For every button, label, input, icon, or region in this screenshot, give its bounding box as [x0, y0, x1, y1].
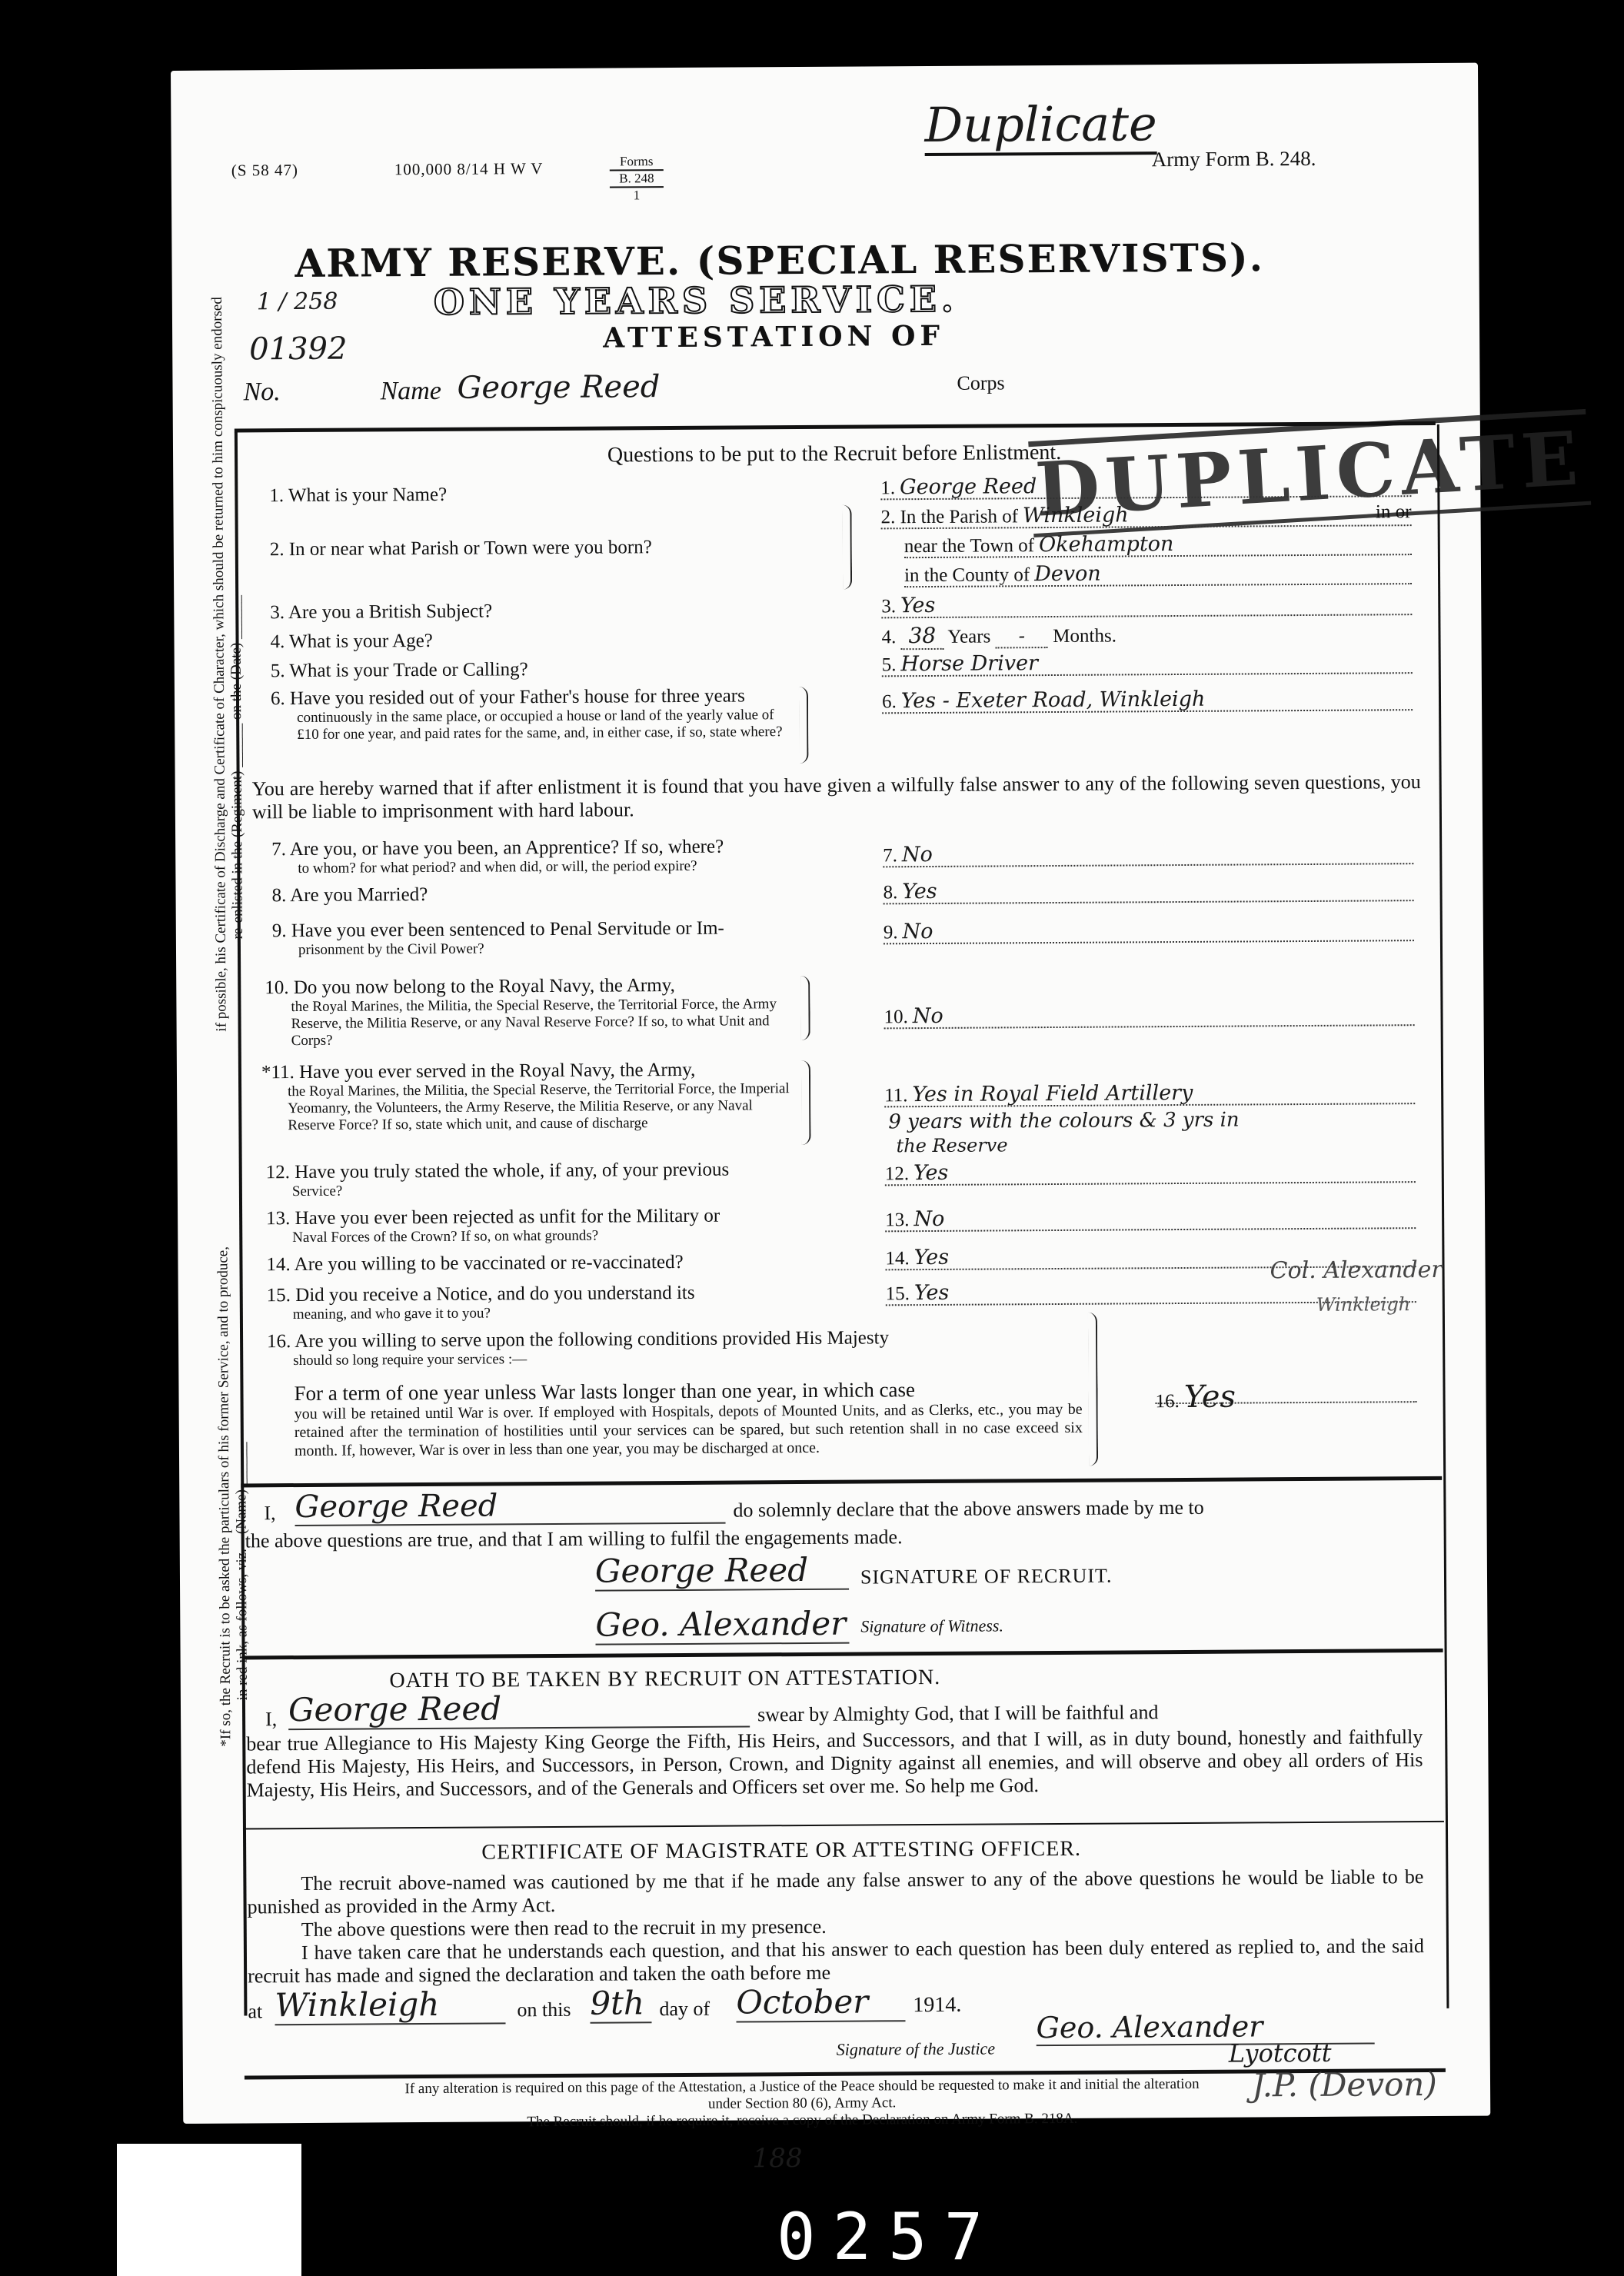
oath-i: I,	[265, 1708, 277, 1731]
margin-reference-1: 1 / 258	[257, 288, 338, 316]
answer-3: 3.Yes	[881, 591, 1412, 618]
answer-4: 4. 38 Years - Months.	[881, 622, 1116, 649]
answer-1: 1.George Reed	[880, 472, 1411, 500]
name-label: Name	[380, 377, 441, 406]
margin-note-top: if possible, his Certificate of Discharg…	[209, 297, 248, 1032]
certificate-place: Winkleigh	[275, 1985, 505, 2025]
answer-11-line2: 9 years with the colours & 3 yrs in	[888, 1109, 1239, 1134]
question-5: 5. What is your Trade or Calling?	[271, 657, 794, 682]
brace	[800, 976, 810, 1040]
jp-devon-mark: J.P. (Devon)	[1252, 2065, 1437, 2104]
oath-text-first: swear by Almighty God, that I will be fa…	[757, 1701, 1159, 1726]
declaration-text-2: the above questions are true, and that I…	[245, 1526, 903, 1552]
duplicate-handwritten: Duplicate	[924, 95, 1157, 156]
certificate-caution: The recruit above-named was cautioned by…	[247, 1865, 1423, 1918]
forms-reference: Forms B. 248 1	[610, 154, 664, 203]
brace	[799, 687, 809, 764]
forms-page: 1	[610, 188, 664, 203]
answer-15-notice-giver: Col. Alexander	[1270, 1256, 1442, 1284]
title-army-reserve: ARMY RESERVE. (SPECIAL RESERVISTS).	[295, 235, 1264, 286]
answer-16: 16.Yes	[1155, 1378, 1416, 1404]
question-6: 6. Have you resided out of your Father's…	[271, 685, 794, 744]
question-4: 4. What is your Age?	[270, 628, 793, 653]
question-7: 7. Are you, or have you been, an Apprent…	[271, 836, 794, 877]
answer-1-value: George Reed	[900, 474, 1037, 499]
question-9: 9. Have you ever been sentenced to Penal…	[272, 917, 795, 959]
question-14: 14. Are you willing to be vaccinated or …	[266, 1251, 797, 1276]
answer-2-parish: 2. In the Parish ofWinkleigh in or	[880, 501, 1411, 529]
conditions-body: you will be retained until War is over. …	[295, 1400, 1083, 1460]
question-2: 2. In or near what Parish or Town were y…	[270, 536, 793, 561]
page-number: 188	[752, 2143, 802, 2174]
question-10: 10. Do you now belong to the Royal Navy,…	[265, 974, 796, 1050]
answer-12: 12.Yes	[885, 1158, 1416, 1186]
margin-reference-2: 01392	[249, 331, 348, 368]
name-value: George Reed	[457, 369, 660, 406]
answer-13: 13.No	[885, 1204, 1416, 1232]
answer-10: 10.No	[884, 1001, 1414, 1029]
title-attestation-of: ATTESTATION OF	[603, 320, 944, 354]
declaration-text-1: do solemnly declare that the above answe…	[733, 1496, 1203, 1522]
certificate-on-this: on this	[517, 1998, 571, 2021]
question-15: 15. Did you receive a Notice, and do you…	[267, 1282, 797, 1323]
question-13: 13. Have you ever been rejected as unfit…	[266, 1205, 797, 1246]
certificate-day-of: day of	[659, 1998, 710, 2021]
scan-frame-counter: 0257	[777, 2199, 1000, 2274]
oath-name: George Reed	[288, 1688, 750, 1730]
false-answer-warning: You are hereby warned that if after enli…	[252, 770, 1421, 824]
print-run: 100,000 8/14 H W V	[394, 159, 544, 179]
army-form-number: Army Form B. 248.	[1152, 147, 1316, 171]
certificate-care: I have taken care that he understands ea…	[248, 1935, 1424, 1988]
number-label: No.	[243, 378, 280, 407]
answer-7: 7.No	[883, 840, 1413, 867]
attestation-form-page: (S 58 47) 100,000 8/14 H W V Forms B. 24…	[171, 63, 1490, 2124]
answer-11: 11.Yes in Royal Field Artillery	[884, 1080, 1415, 1107]
answer-2-county: in the County ofDevon	[904, 560, 1412, 587]
question-1: 1. What is your Name?	[269, 482, 792, 507]
certificate-day: 9th	[590, 1984, 651, 2023]
brace	[1088, 1313, 1098, 1466]
service-conditions: For a term of one year unless War lasts …	[294, 1377, 1083, 1460]
answer-11-line3: the Reserve	[896, 1134, 1007, 1156]
question-16: 16. Are you willing to serve upon the fo…	[267, 1326, 1082, 1369]
answer-2-town: near the Town ofOkehampton	[904, 531, 1412, 558]
margin-note-bottom: *If so, the Recruit is to be asked the p…	[215, 1246, 251, 1747]
declaration-i: I,	[264, 1502, 275, 1525]
brace	[842, 505, 852, 590]
oath-text-body: bear true Allegiance to His Majesty King…	[246, 1725, 1423, 1802]
scan-calibration-card	[117, 2144, 301, 2276]
justice-signature-label: Signature of the Justice	[837, 2038, 995, 2059]
answer-15-place: Winkleigh	[1316, 1293, 1410, 1316]
answer-9: 9.No	[884, 917, 1414, 944]
declaration-name: George Reed	[295, 1487, 725, 1526]
certificate-month: October	[736, 1982, 905, 2022]
forms-label: Forms	[610, 154, 664, 171]
recruit-signature-label: SIGNATURE OF RECRUIT.	[860, 1565, 1113, 1589]
forms-number: B. 248	[610, 171, 664, 188]
brace	[801, 1060, 811, 1145]
question-8: 8. Are you Married?	[271, 882, 794, 907]
question-11: *11. Have you ever served in the Royal N…	[261, 1059, 797, 1134]
answer-8: 8.Yes	[883, 877, 1413, 904]
question-3: 3. Are you a British Subject?	[270, 599, 793, 624]
certificate-year: 1914.	[913, 1993, 961, 2018]
form-code: (S 58 47)	[231, 161, 298, 181]
question-12: 12. Have you truly stated the whole, if …	[266, 1159, 797, 1200]
corps-label: Corps	[957, 371, 1004, 394]
answer-5: 5.Horse Driver	[882, 649, 1413, 677]
justice-signature-2: Lyotcott	[1229, 2038, 1332, 2068]
recruit-signature: George Reed	[595, 1551, 849, 1592]
certificate-at-label: at	[248, 2000, 262, 2023]
title-one-years-service: ONE YEARS SERVICE.	[434, 278, 958, 323]
witness-signature: Geo. Alexander	[595, 1605, 849, 1645]
witness-signature-label: Signature of Witness.	[860, 1615, 1003, 1636]
footer-notes: If any alteration is required on this pa…	[245, 2075, 1359, 2133]
answer-6: 6.Yes - Exeter Road, Winkleigh	[882, 686, 1413, 714]
